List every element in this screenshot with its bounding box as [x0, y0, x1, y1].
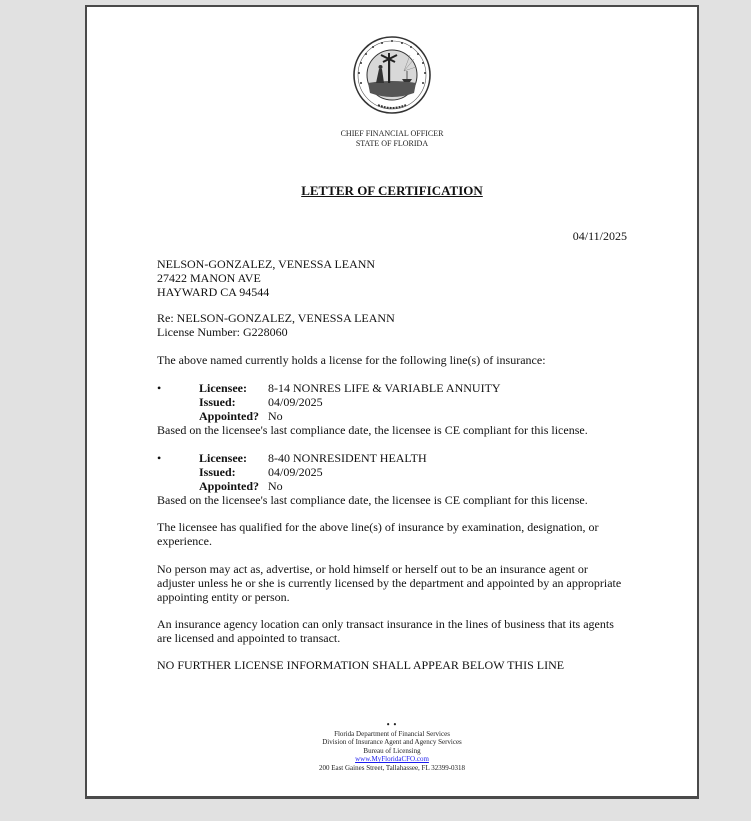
recipient-street: 27422 MANON AVE — [157, 271, 637, 285]
intro-text: The above named currently holds a licens… — [157, 353, 637, 367]
licensee-label: Licensee: — [199, 381, 247, 395]
bullet-icon: • — [157, 451, 161, 465]
no-person-paragraph: No person may act as, advertise, or hold… — [157, 562, 637, 604]
paragraph-line: experience. — [157, 534, 637, 548]
appointed-value: No — [268, 409, 283, 423]
footer-website-link[interactable]: www.MyFloridaCFO.com — [355, 755, 429, 763]
qualified-paragraph: The licensee has qualified for the above… — [157, 520, 637, 548]
letter-title: LETTER OF CERTIFICATION — [87, 183, 697, 199]
license-number: License Number: G228060 — [157, 325, 637, 339]
paragraph-line: The licensee has qualified for the above… — [157, 520, 637, 534]
notice-line: NO FURTHER LICENSE INFORMATION SHALL APP… — [157, 658, 637, 672]
licensee-value: 8-40 NONRESIDENT HEALTH — [268, 451, 427, 465]
issued-label: Issued: — [199, 395, 236, 409]
bullet-icon: • — [157, 381, 161, 395]
paragraph-line: No person may act as, advertise, or hold… — [157, 562, 637, 576]
appointed-label: Appointed? — [199, 479, 259, 493]
office-line-2: STATE OF FLORIDA — [329, 139, 455, 149]
no-further-notice: NO FURTHER LICENSE INFORMATION SHALL APP… — [157, 658, 637, 672]
footer-division: Division of Insurance Agent and Agency S… — [87, 738, 697, 747]
letter-footer: • • Florida Department of Financial Serv… — [87, 721, 697, 773]
great-seal-of-florida-icon — [352, 35, 432, 115]
issued-value: 04/09/2025 — [268, 395, 323, 409]
appointed-label: Appointed? — [199, 409, 259, 423]
letter-date: 04/11/2025 — [573, 229, 627, 244]
paragraph-line: are licensed and appointed to transact. — [157, 631, 637, 645]
letter-page: CHIEF FINANCIAL OFFICER STATE OF FLORIDA… — [85, 5, 699, 799]
reference-block: Re: NELSON-GONZALEZ, VENESSA LEANN Licen… — [157, 311, 637, 339]
licensee-label: Licensee: — [199, 451, 247, 465]
intro-line: The above named currently holds a licens… — [157, 353, 637, 367]
office-line-1: CHIEF FINANCIAL OFFICER — [329, 129, 455, 139]
recipient-address: NELSON-GONZALEZ, VENESSA LEANN 27422 MAN… — [157, 257, 637, 299]
footer-dots: • • — [87, 721, 697, 730]
issued-label: Issued: — [199, 465, 236, 479]
licensee-value: 8-14 NONRES LIFE & VARIABLE ANNUITY — [268, 381, 501, 395]
re-line: Re: NELSON-GONZALEZ, VENESSA LEANN — [157, 311, 637, 325]
agency-paragraph: An insurance agency location can only tr… — [157, 617, 637, 645]
issued-value: 04/09/2025 — [268, 465, 323, 479]
paragraph-line: An insurance agency location can only tr… — [157, 617, 637, 631]
footer-bureau: Bureau of Licensing — [87, 747, 697, 756]
footer-department: Florida Department of Financial Services — [87, 730, 697, 739]
footer-address: 200 East Gaines Street, Tallahassee, FL … — [87, 764, 697, 773]
compliance-statement: Based on the licensee's last compliance … — [157, 423, 588, 437]
office-name: CHIEF FINANCIAL OFFICER STATE OF FLORIDA — [329, 129, 455, 149]
appointed-value: No — [268, 479, 283, 493]
paragraph-line: appointing entity or person. — [157, 590, 637, 604]
letterhead: CHIEF FINANCIAL OFFICER STATE OF FLORIDA — [329, 35, 455, 153]
recipient-name: NELSON-GONZALEZ, VENESSA LEANN — [157, 257, 637, 271]
compliance-statement: Based on the licensee's last compliance … — [157, 493, 588, 507]
paragraph-line: adjuster unless he or she is currently l… — [157, 576, 637, 590]
recipient-city: HAYWARD CA 94544 — [157, 285, 637, 299]
